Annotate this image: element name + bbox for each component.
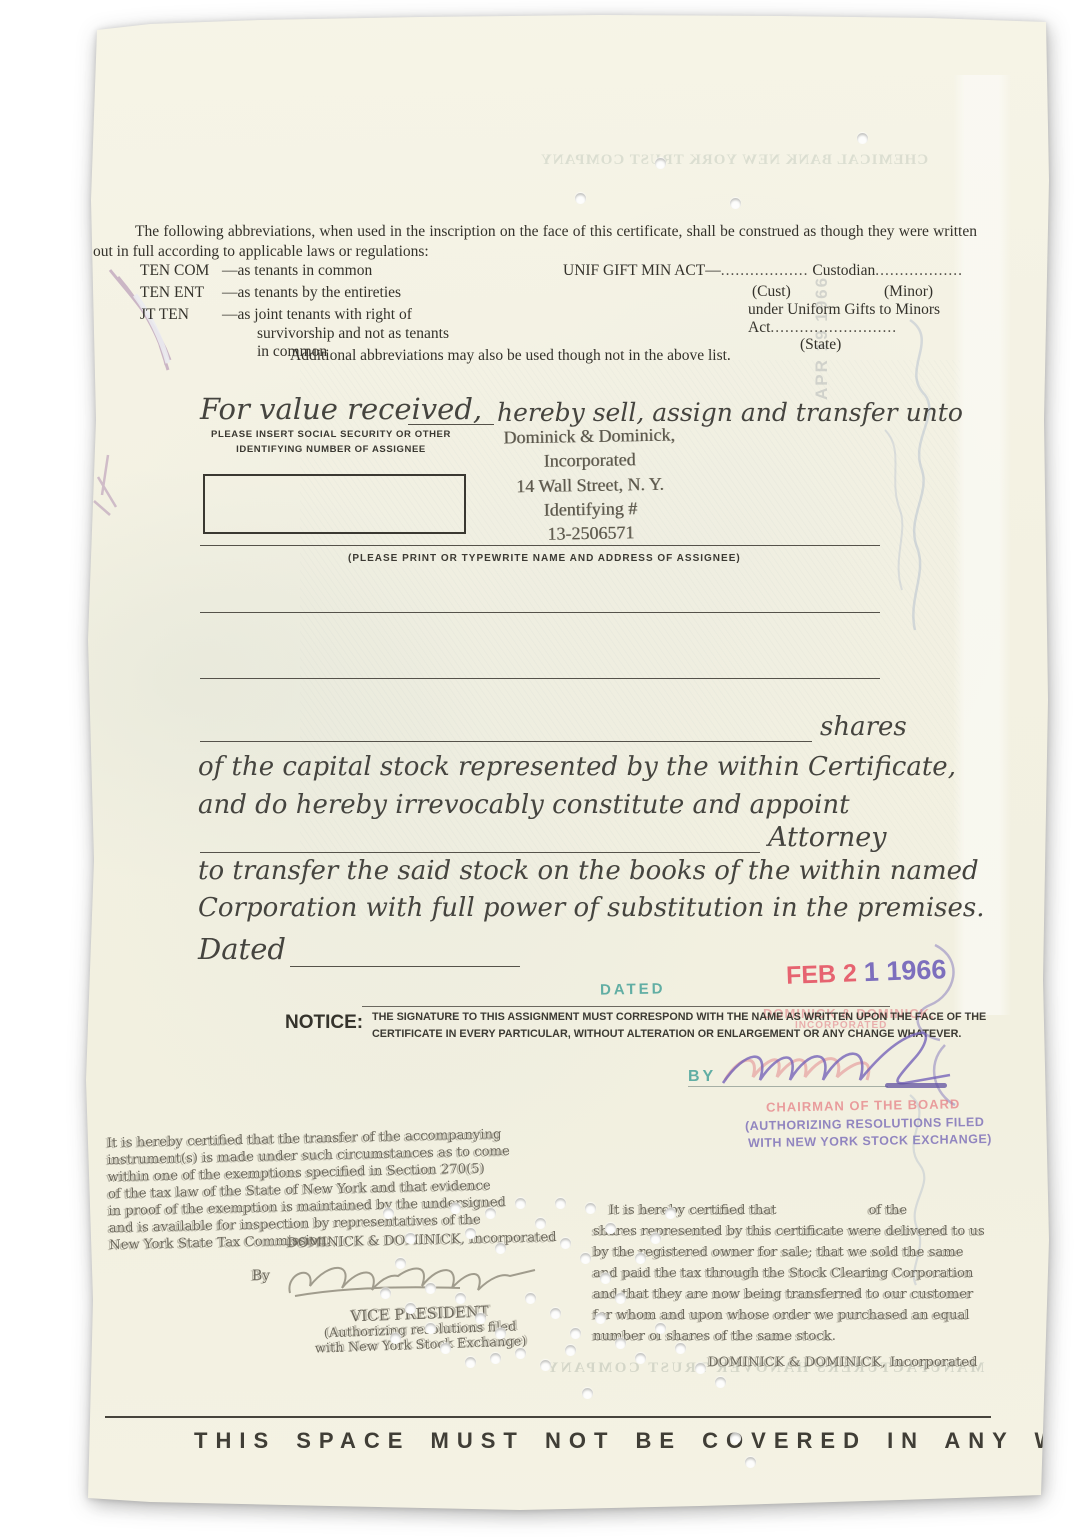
punch-hole (560, 1238, 571, 1249)
punch-hole (425, 1323, 436, 1334)
punch-hole (490, 1353, 501, 1364)
punch-hole (695, 1363, 706, 1374)
punch-hole (550, 1308, 561, 1319)
punch-hole (582, 1388, 593, 1399)
punch-hole (405, 1303, 416, 1314)
certificate-back-scan: CHEMICAL BANK NEW YORK TRUST COMPANY MAN… (0, 0, 1080, 1537)
punch-hole (655, 158, 666, 169)
punch-hole (380, 1288, 391, 1299)
punch-hole (575, 193, 586, 204)
punch-hole (390, 1333, 401, 1344)
punch-hole (730, 1433, 741, 1444)
punch-hole (465, 1357, 476, 1368)
punch-hole (485, 1208, 496, 1219)
paper-shadow: CHEMICAL BANK NEW YORK TRUST COMPANY MAN… (0, 0, 1080, 1537)
punch-hole (450, 1203, 461, 1214)
punch-hole (525, 1293, 536, 1304)
punch-hole (745, 1457, 756, 1468)
punch-hole (635, 1253, 646, 1264)
punch-hole (540, 1360, 551, 1371)
punch-hole (495, 1243, 506, 1254)
punch-hole (565, 1345, 576, 1356)
punch-hole (440, 1343, 451, 1354)
punch-hole (395, 1258, 406, 1269)
punch-hole (515, 1198, 526, 1209)
punch-hole (730, 198, 741, 209)
punch-holes (0, 0, 1080, 1537)
punch-hole (635, 1353, 646, 1364)
punch-hole (857, 133, 868, 144)
punch-hole (580, 1253, 591, 1264)
punch-hole (425, 1283, 436, 1294)
punch-hole (515, 1348, 526, 1359)
punch-hole (655, 1323, 666, 1334)
punch-hole (675, 1343, 686, 1354)
punch-hole (595, 1313, 606, 1324)
punch-hole (495, 1328, 506, 1339)
punch-hole (615, 1293, 626, 1304)
punch-hole (570, 1328, 581, 1339)
punch-hole (455, 1293, 466, 1304)
punch-hole (405, 1233, 416, 1244)
punch-hole (535, 1218, 546, 1229)
punch-hole (600, 1273, 611, 1284)
punch-hole (605, 1223, 616, 1234)
punch-hole (615, 1338, 626, 1349)
punch-hole (585, 1203, 596, 1214)
punch-hole (715, 1377, 726, 1388)
certificate-paper: CHEMICAL BANK NEW YORK TRUST COMPANY MAN… (0, 0, 1080, 1537)
punch-hole (555, 1198, 566, 1209)
punch-hole (383, 1208, 394, 1219)
punch-hole (465, 1228, 476, 1239)
punch-hole (475, 1313, 486, 1324)
punch-hole (650, 1233, 661, 1244)
punch-hole (665, 1208, 676, 1219)
